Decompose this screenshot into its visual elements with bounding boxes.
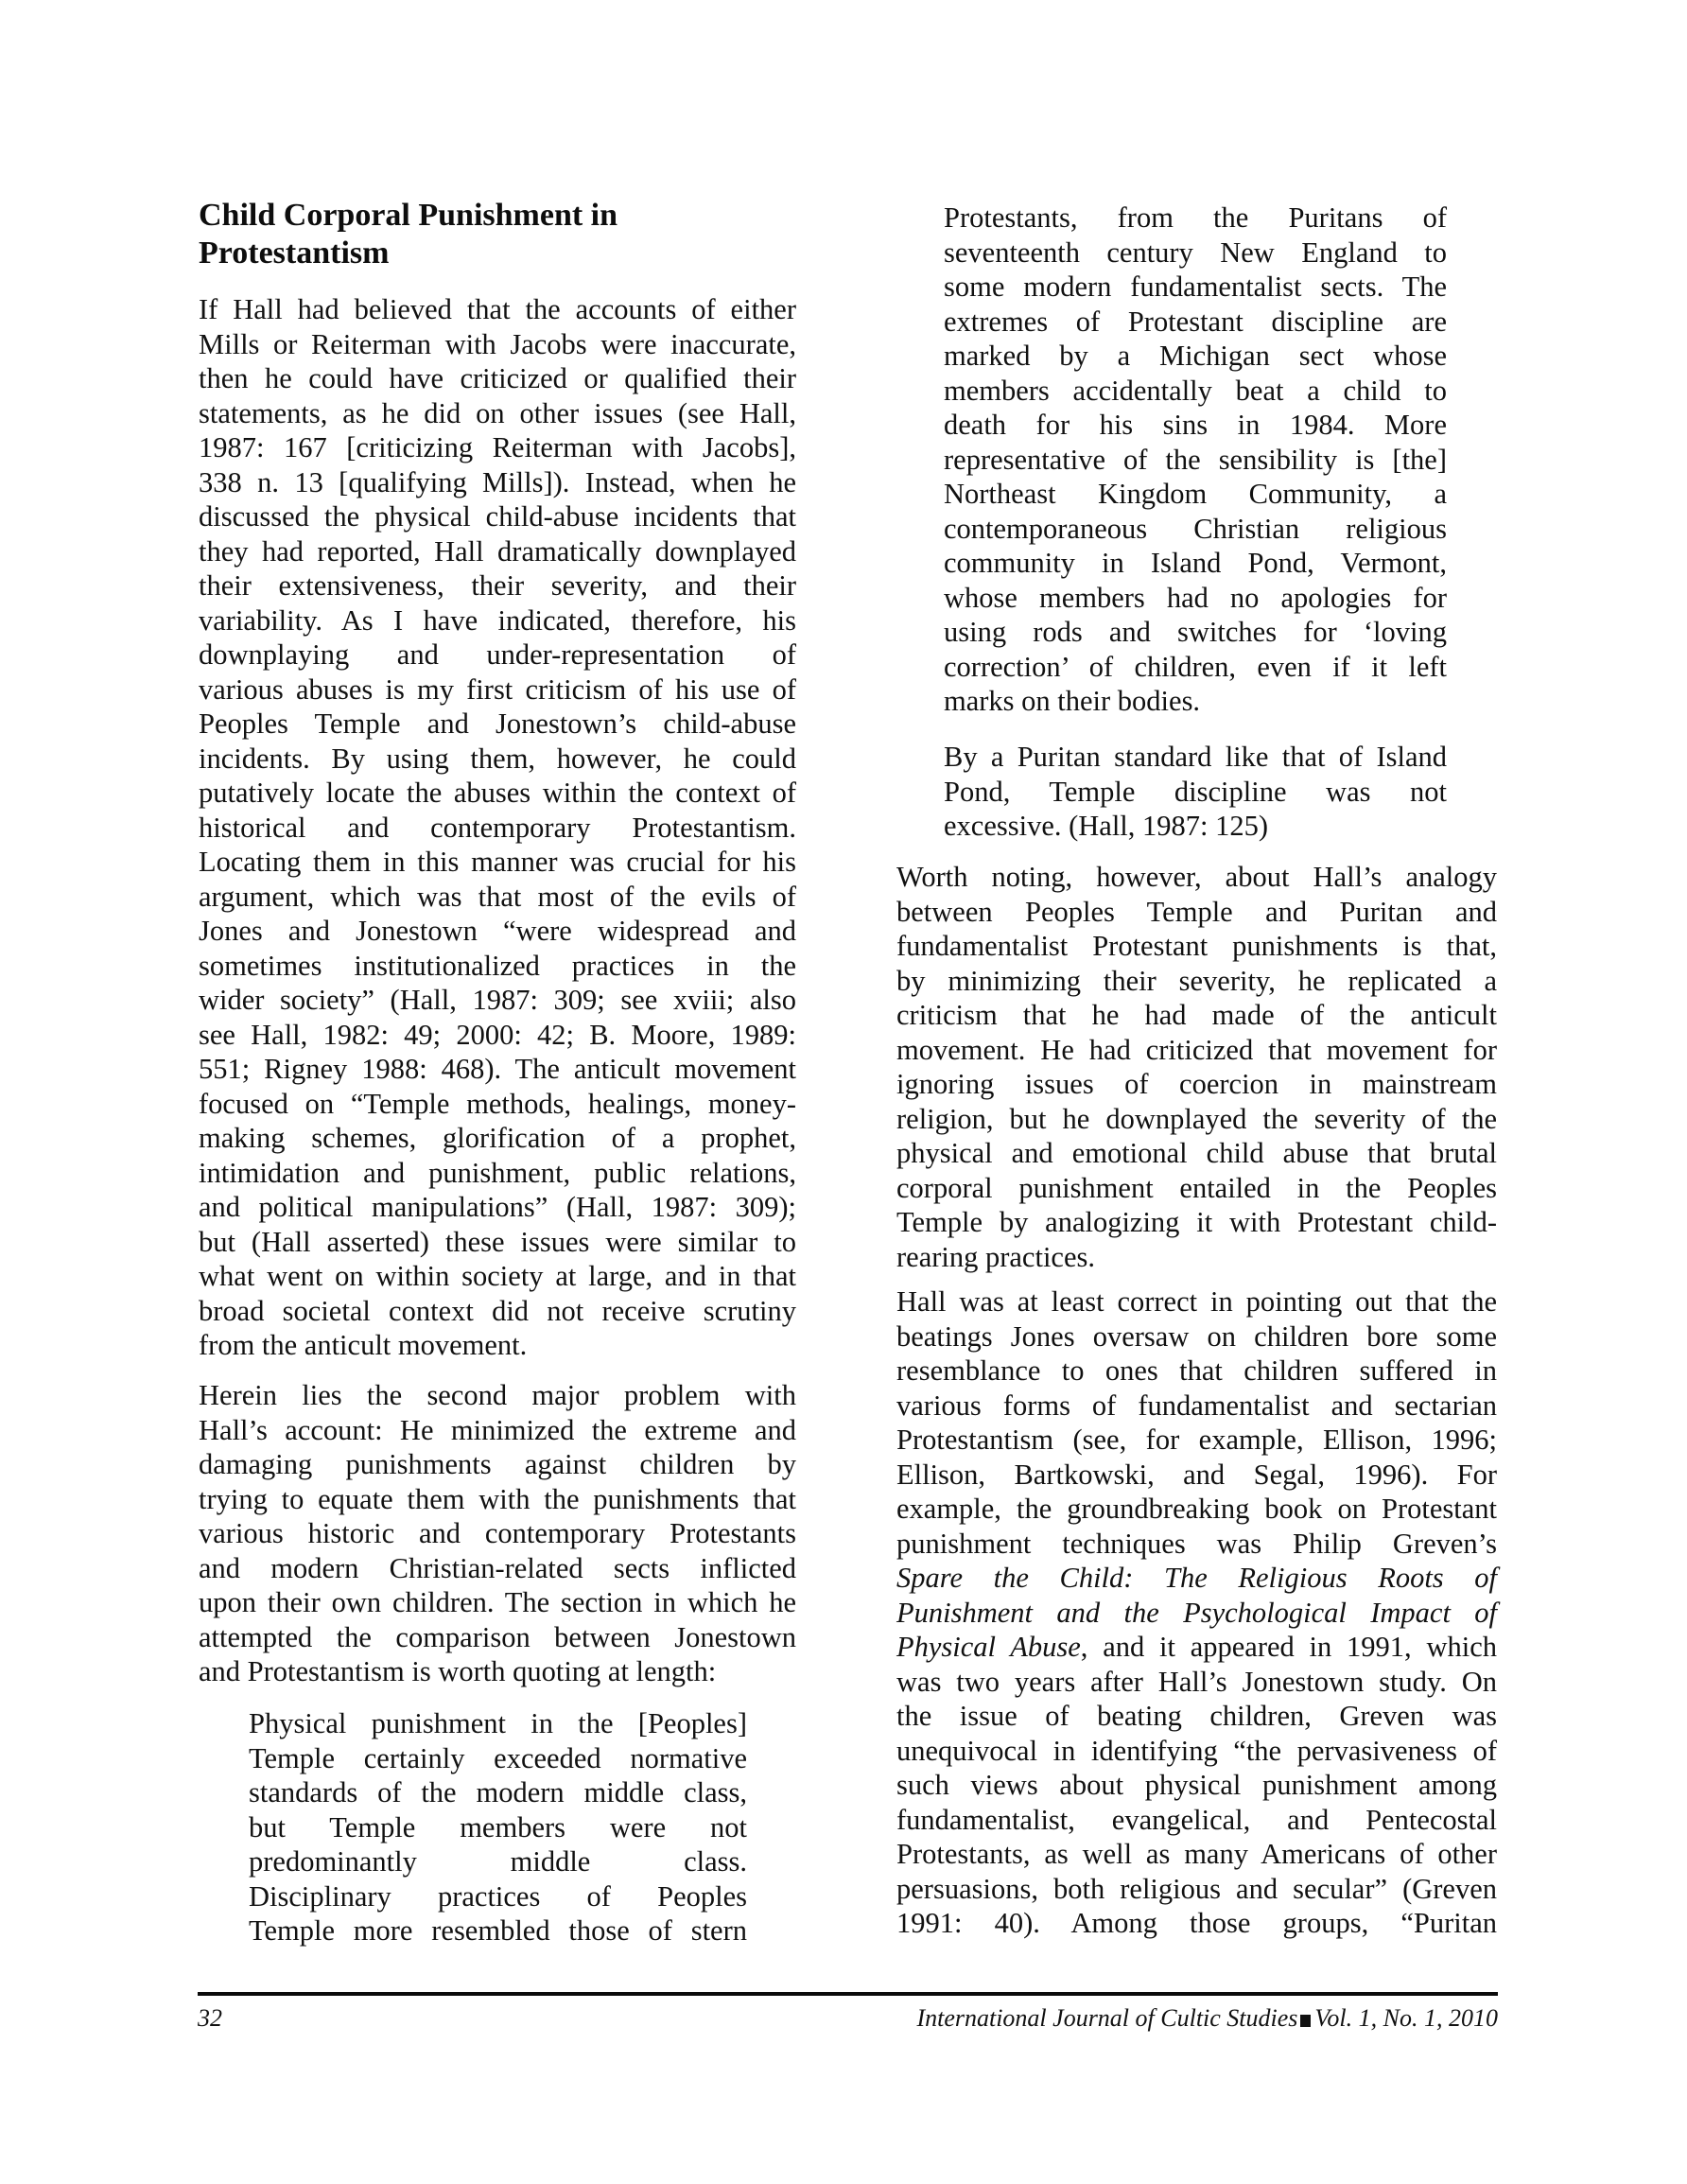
text-line: Mills or Reiterman with Jacobs were inac… bbox=[199, 327, 796, 362]
text-line: intimidation and punishment, public rela… bbox=[199, 1156, 796, 1191]
text-line: Temple by analogizing it with Protestant… bbox=[896, 1205, 1497, 1240]
text-line: contemporaneous Christian religious bbox=[944, 512, 1447, 547]
text-line: movement. He had criticized that movemen… bbox=[896, 1033, 1497, 1068]
block-quote-2: By a Puritan standard like that of Islan… bbox=[944, 740, 1447, 844]
text-line: their extensiveness, their severity, and… bbox=[199, 568, 796, 603]
text-line: they had reported, Hall dramatically dow… bbox=[199, 534, 796, 569]
text-line: various historic and contemporary Protes… bbox=[199, 1516, 796, 1551]
text-line: and modern Christian-related sects infli… bbox=[199, 1551, 796, 1586]
text-line: using rods and switches for ‘loving bbox=[944, 615, 1447, 650]
text-line: extremes of Protestant discipline are bbox=[944, 305, 1447, 340]
book-title-line: Punishment and the Psychological Impact … bbox=[896, 1596, 1497, 1631]
text-line: Ellison, Bartkowski, and Segal, 1996). F… bbox=[896, 1458, 1497, 1493]
text-line: Physical punishment in the [Peoples] bbox=[249, 1706, 747, 1741]
text-line: 338 n. 13 [qualifying Mills]). Instead, … bbox=[199, 465, 796, 500]
section-heading-line: Child Corporal Punishment in bbox=[199, 197, 804, 235]
journal-page: Child Corporal Punishment in Protestanti… bbox=[0, 0, 1687, 2184]
body-text: , and it appeared in 1991, which bbox=[1081, 1631, 1497, 1663]
text-line: marked by a Michigan sect whose bbox=[944, 339, 1447, 374]
text-line: fundamentalist, evangelical, and Penteco… bbox=[896, 1803, 1497, 1838]
text-line: Peoples Temple and Jonestown’s child-abu… bbox=[199, 707, 796, 742]
footer-rule bbox=[198, 1992, 1498, 1996]
text-line: discussed the physical child-abuse incid… bbox=[199, 499, 796, 534]
text-line: Northeast Kingdom Community, a bbox=[944, 477, 1447, 512]
book-title-line: Spare the Child: The Religious Roots of bbox=[896, 1561, 1497, 1596]
text-line: Worth noting, however, about Hall’s anal… bbox=[896, 860, 1497, 895]
text-line: statements, as he did on other issues (s… bbox=[199, 396, 796, 431]
text-line: criticism that he had made of the anticu… bbox=[896, 998, 1497, 1033]
text-line: marks on their bodies. bbox=[944, 684, 1447, 719]
text-line: correction’ of children, even if it left bbox=[944, 650, 1447, 685]
text-line: members accidentally beat a child to bbox=[944, 374, 1447, 409]
text-line: punishment techniques was Philip Greven’… bbox=[896, 1527, 1497, 1562]
text-line: Protestantism (see, for example, Ellison… bbox=[896, 1423, 1497, 1458]
text-line: by minimizing their severity, he replica… bbox=[896, 964, 1497, 999]
block-quote-right: Protestants, from the Puritans ofsevente… bbox=[944, 201, 1447, 719]
text-line: Hall was at least correct in pointing ou… bbox=[896, 1284, 1497, 1319]
text-line: death for his sins in 1984. More bbox=[944, 408, 1447, 443]
text-line: but Temple members were not bbox=[249, 1810, 747, 1845]
text-line: predominantly middle class. bbox=[249, 1844, 747, 1879]
journal-citation: International Journal of Cultic StudiesV… bbox=[916, 2004, 1498, 2033]
text-line: broad societal context did not receive s… bbox=[199, 1294, 796, 1329]
book-title: Spare the Child: The Religious Roots of bbox=[896, 1562, 1497, 1594]
text-line: Hall’s account: He minimized the extreme… bbox=[199, 1413, 796, 1448]
section-heading-line: Protestantism bbox=[199, 235, 804, 272]
volume-info: Vol. 1, No. 1, 2010 bbox=[1314, 2004, 1498, 2032]
black-square-icon bbox=[1300, 2015, 1311, 2027]
book-title-line: Physical Abuse, and it appeared in 1991,… bbox=[896, 1630, 1497, 1665]
text-line: Pond, Temple discipline was not bbox=[944, 775, 1447, 810]
text-line: damaging punishments against children by bbox=[199, 1447, 796, 1482]
text-line: physical and emotional child abuse that … bbox=[896, 1136, 1497, 1171]
text-line: Protestants, from the Puritans of bbox=[944, 201, 1447, 236]
text-line: putatively locate the abuses within the … bbox=[199, 776, 796, 811]
text-line: attempted the comparison between Jonesto… bbox=[199, 1620, 796, 1655]
text-line: Herein lies the second major problem wit… bbox=[199, 1378, 796, 1413]
block-quote-left: Physical punishment in the [Peoples]Temp… bbox=[249, 1706, 747, 1948]
text-line: unequivocal in identifying “the pervasiv… bbox=[896, 1734, 1497, 1769]
text-line: historical and contemporary Protestantis… bbox=[199, 811, 796, 846]
text-line: trying to equate them with the punishmen… bbox=[199, 1482, 796, 1517]
text-line: making schemes, glorification of a proph… bbox=[199, 1121, 796, 1156]
text-line: the issue of beating children, Greven wa… bbox=[896, 1699, 1497, 1734]
text-line: resemblance to ones that children suffer… bbox=[896, 1354, 1497, 1389]
text-line: incidents. By using them, however, he co… bbox=[199, 742, 796, 777]
right-paragraph-3: Worth noting, however, about Hall’s anal… bbox=[896, 860, 1497, 1274]
text-line: various forms of fundamentalist and sect… bbox=[896, 1389, 1497, 1424]
text-line: from the anticult movement. bbox=[199, 1328, 796, 1363]
text-line: Locating them in this manner was crucial… bbox=[199, 845, 796, 880]
page-number: 32 bbox=[198, 2004, 222, 2033]
text-line: example, the groundbreaking book on Prot… bbox=[896, 1492, 1497, 1527]
text-line: excessive. (Hall, 1987: 125) bbox=[944, 809, 1447, 844]
text-line: religion, but he downplayed the severity… bbox=[896, 1102, 1497, 1137]
text-line: and Protestantism is worth quoting at le… bbox=[199, 1654, 796, 1689]
text-line: corporal punishment entailed in the Peop… bbox=[896, 1171, 1497, 1206]
text-line: fundamentalist Protestant punishments is… bbox=[896, 929, 1497, 964]
text-line: downplaying and under-representation of bbox=[199, 638, 796, 673]
text-line: argument, which was that most of the evi… bbox=[199, 880, 796, 915]
text-line: representative of the sensibility is [th… bbox=[944, 443, 1447, 478]
text-line: and political manipulations” (Hall, 1987… bbox=[199, 1190, 796, 1225]
text-line: was two years after Hall’s Jonestown stu… bbox=[896, 1665, 1497, 1700]
text-line: persuasions, both religious and secular”… bbox=[896, 1872, 1497, 1907]
text-line: Temple more resembled those of stern bbox=[249, 1913, 747, 1948]
text-line: such views about physical punishment amo… bbox=[896, 1768, 1497, 1803]
text-line: Temple certainly exceeded normative bbox=[249, 1741, 747, 1776]
text-line: ignoring issues of coercion in mainstrea… bbox=[896, 1067, 1497, 1102]
text-line: various abuses is my first criticism of … bbox=[199, 673, 796, 708]
text-line: see Hall, 1982: 49; 2000: 42; B. Moore, … bbox=[199, 1018, 796, 1053]
text-line: some modern fundamentalist sects. The bbox=[944, 270, 1447, 305]
journal-title: International Journal of Cultic Studies bbox=[916, 2004, 1297, 2032]
left-paragraph-1: If Hall had believed that the accounts o… bbox=[199, 292, 796, 1363]
text-line: focused on “Temple methods, healings, mo… bbox=[199, 1087, 796, 1122]
text-line: By a Puritan standard like that of Islan… bbox=[944, 740, 1447, 775]
text-line: whose members had no apologies for bbox=[944, 581, 1447, 616]
text-line: If Hall had believed that the accounts o… bbox=[199, 292, 796, 327]
text-line: variability. As I have indicated, theref… bbox=[199, 603, 796, 638]
left-paragraph-2: Herein lies the second major problem wit… bbox=[199, 1378, 796, 1689]
text-line: what went on within society at large, an… bbox=[199, 1259, 796, 1294]
text-line: Jones and Jonestown “were widespread and bbox=[199, 914, 796, 949]
text-line: upon their own children. The section in … bbox=[199, 1585, 796, 1620]
text-line: 551; Rigney 1988: 468). The anticult mov… bbox=[199, 1052, 796, 1087]
text-line: 1991: 40). Among those groups, “Puritan bbox=[896, 1906, 1497, 1941]
text-line: Protestants, as well as many Americans o… bbox=[896, 1837, 1497, 1872]
section-heading: Child Corporal Punishment in Protestanti… bbox=[199, 197, 804, 272]
text-line: sometimes institutionalized practices in… bbox=[199, 949, 796, 984]
text-line: wider society” (Hall, 1987: 309; see xvi… bbox=[199, 983, 796, 1018]
text-line: 1987: 167 [criticizing Reiterman with Ja… bbox=[199, 430, 796, 465]
text-line: rearing practices. bbox=[896, 1240, 1497, 1275]
book-title: Punishment and the Psychological Impact … bbox=[896, 1597, 1497, 1629]
text-line: standards of the modern middle class, bbox=[249, 1775, 747, 1810]
right-paragraph-4: Hall was at least correct in pointing ou… bbox=[896, 1284, 1497, 1941]
book-title: Physical Abuse bbox=[896, 1631, 1081, 1663]
text-line: community in Island Pond, Vermont, bbox=[944, 546, 1447, 581]
text-line: seventeenth century New England to bbox=[944, 236, 1447, 271]
text-line: between Peoples Temple and Puritan and bbox=[896, 895, 1497, 930]
text-line: then he could have criticized or qualifi… bbox=[199, 361, 796, 396]
text-line: beatings Jones oversaw on children bore … bbox=[896, 1319, 1497, 1354]
text-line: but (Hall asserted) these issues were si… bbox=[199, 1225, 796, 1260]
text-line: Disciplinary practices of Peoples bbox=[249, 1879, 747, 1914]
